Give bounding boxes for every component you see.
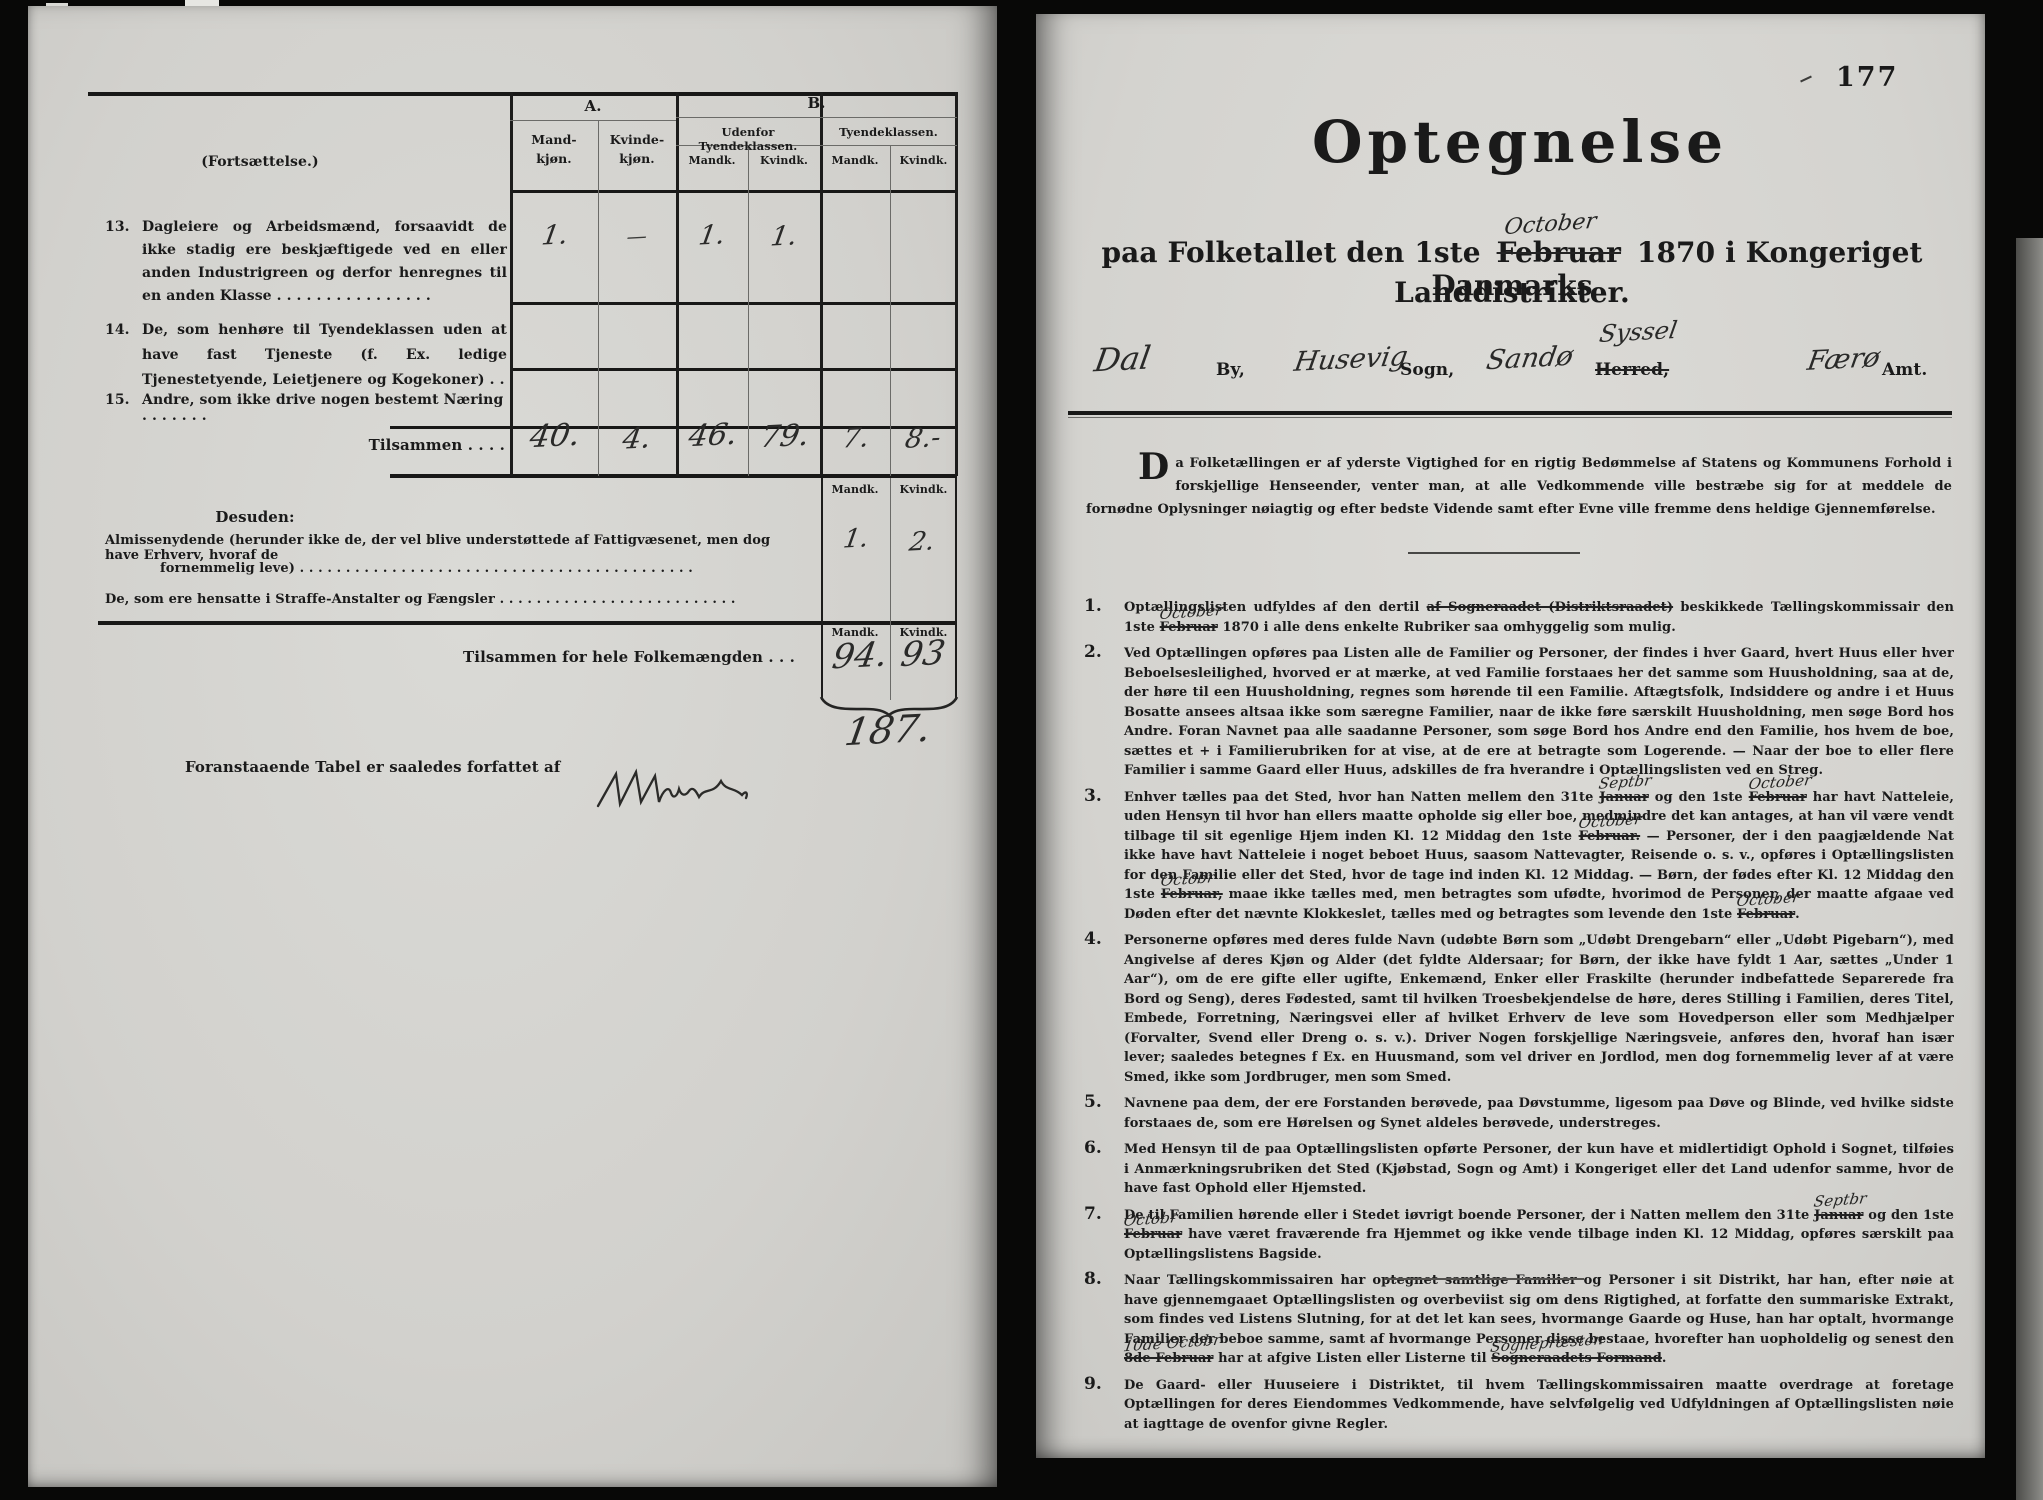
total-value: 8.-	[895, 422, 950, 456]
table-rule-bottom	[390, 474, 957, 478]
almisse-value-kvinde: 2.	[897, 526, 946, 558]
desuden-label: Desuden:	[150, 508, 360, 526]
sub-kvindk-header: Kvindk.	[750, 154, 818, 167]
item-number: 5.	[1084, 1093, 1102, 1113]
section-divider-rule	[1408, 552, 1580, 554]
row-label: De, som henhøre til Tyendeklassen uden a…	[142, 318, 507, 393]
instruction-item: 1. Optællingslisten udfyldes af den dert…	[1124, 598, 1954, 637]
instruction-item: 7. De til Familien hørende eller i Stede…	[1124, 1206, 1954, 1265]
table-vline-right	[955, 92, 958, 476]
almisse-line2: fornemmelig leve) . . . . . . . . . . . …	[160, 561, 805, 576]
row-label: Andre, som ikke drive nogen bestemt Næri…	[142, 392, 507, 424]
table-vline-mand-kvinde	[598, 120, 599, 476]
title-rule-heavy	[1068, 411, 1952, 415]
location-by-label: By,	[1216, 360, 1245, 380]
item-number: 2.	[1084, 643, 1102, 663]
item-text: Med Hensyn til de paa Optællingslisten o…	[1124, 1142, 1954, 1196]
item-text: De Gaard- eller Huuseiere i Distriktet, …	[1124, 1378, 1954, 1432]
subtitle-pre: paa Folketallet den 1ste	[1101, 236, 1480, 269]
table-footer-line: Foranstaaende Tabel er saaledes forfatte…	[185, 758, 605, 776]
col-kvinde-line2: kjøn.	[619, 151, 654, 166]
header-b-underline	[676, 117, 957, 118]
total-value: 79.	[757, 418, 813, 456]
document-subtitle-line2: Landdistrikter.	[1062, 276, 1962, 309]
subtitle-date-correction: Februar October	[1497, 236, 1621, 269]
total-value: 4.	[615, 420, 659, 456]
col-tyende-header: Tyendeklassen.	[822, 125, 955, 139]
item-number: 6.	[1084, 1139, 1102, 1159]
bottom-divider-rule	[1384, 1278, 1584, 1280]
page-stack-edge	[2016, 238, 2043, 1500]
table-row: 13. Dagleiere og Arbeidsmænd, forsaavidt…	[105, 216, 507, 308]
sub-mandk-header: Mandk.	[822, 154, 888, 167]
total-value: 46.	[685, 417, 741, 455]
location-by-value: Dal	[1092, 339, 1154, 380]
col-udenfor-header: Udenfor Tyendeklassen.	[678, 125, 818, 153]
grand-total-mand: 94.	[829, 635, 892, 678]
item-number: 7.	[1084, 1205, 1102, 1225]
sub-mandk-header: Mandk.	[822, 483, 888, 496]
summary-vline-mid	[890, 478, 891, 700]
item-text: De til Familien hørende eller i Stedet i…	[1124, 1208, 1954, 1262]
instruction-item: 6. Med Hensyn til de paa Optællingsliste…	[1124, 1140, 1954, 1199]
location-amt-label: Amt.	[1882, 360, 1927, 380]
item-text: Enhver tælles paa det Sted, hvor han Nat…	[1124, 790, 1954, 922]
col-mand-header: Mand- kjøn.	[512, 130, 596, 168]
sub-kvindk-header: Kvindk.	[892, 154, 955, 167]
table-vline-tyende-sub	[890, 145, 891, 476]
total-value: 40.	[523, 417, 587, 456]
instruction-item: 8. Naar Tællingskommissairen har optegne…	[1124, 1271, 1954, 1369]
sub-mandk-header: Mandk.	[678, 154, 746, 167]
scanned-census-document: (Fortsættelse.) A. B. Mand- kjøn. Kvinde…	[0, 0, 2043, 1500]
total-row-label: Tilsammen . . . .	[300, 436, 505, 454]
straffe-line: De, som ere hensatte i Straffe-Anstalter…	[105, 592, 805, 607]
cell-value: —	[612, 223, 662, 249]
cell-value: 1.	[766, 220, 801, 253]
item-number: 4.	[1084, 930, 1102, 950]
grand-total-kvinde: 93	[895, 633, 952, 676]
item-number: 8.	[1084, 1270, 1102, 1290]
item-text: Ved Optællingen opføres paa Listen alle …	[1124, 646, 1954, 778]
almisse-line1: Almissenydende (herunder ikke de, der ve…	[105, 533, 805, 563]
intro-paragraph: Da Folketællingen er af yderste Vigtighe…	[1086, 452, 1952, 521]
summary-vline-left	[821, 478, 823, 700]
item-number: 1.	[1084, 597, 1102, 617]
summary-vline-right	[955, 478, 957, 700]
cell-value: 1.	[694, 219, 729, 252]
document-title: Optegnelse	[1080, 108, 1960, 176]
item-text: Personerne opføres med deres fulde Navn …	[1124, 933, 1954, 1085]
location-herred-handwritten: Syssel	[1597, 316, 1679, 348]
item-number: 3.	[1084, 787, 1102, 807]
col-kvinde-line1: Kvinde-	[610, 132, 665, 147]
instruction-item: 3. Enhver tælles paa det Sted, hvor han …	[1124, 788, 1954, 925]
item-number: 9.	[1084, 1375, 1102, 1395]
header-tyende-underline	[820, 145, 957, 146]
signature-scrawl	[592, 766, 752, 814]
location-sogn-value: Husevig	[1292, 341, 1410, 378]
row-number: 14.	[105, 318, 130, 343]
almisse-value-mand: 1.	[835, 523, 876, 555]
table-continuation-label: (Fortsættelse.)	[150, 154, 370, 170]
grand-total-sum: 187.	[822, 705, 954, 755]
location-amt-value: Færø	[1805, 342, 1882, 377]
header-a-underline	[510, 120, 676, 121]
cell-value: 1.	[537, 219, 572, 252]
col-kvinde-header: Kvinde- kjøn.	[598, 130, 676, 168]
table-row: 14. De, som henhøre til Tyendeklassen ud…	[105, 318, 507, 393]
sub-kvindk-header: Kvindk.	[892, 483, 955, 496]
table-vline-udenfor-sub	[748, 145, 749, 476]
instruction-item: 5. Navnene paa dem, der ere Forstanden b…	[1124, 1094, 1954, 1133]
col-mand-line1: Mand-	[531, 132, 576, 147]
col-mand-line2: kjøn.	[536, 151, 571, 166]
location-herred-value: Sandø	[1484, 341, 1575, 376]
row-number: 15.	[105, 392, 130, 408]
row-label: Dagleiere og Arbeidsmænd, forsaavidt de …	[142, 216, 507, 308]
summary-rule-long	[98, 621, 957, 625]
instruction-item: 9. De Gaard- eller Huuseiere i Distrikte…	[1124, 1376, 1954, 1435]
page-number: 177	[1836, 62, 1898, 93]
instructions-list: 1. Optællingslisten udfyldes af den dert…	[1124, 598, 1954, 1441]
subtitle-struck-month: Februar	[1497, 236, 1621, 269]
total-value: 7.	[835, 422, 876, 455]
table-group-a-label: A.	[510, 97, 676, 115]
location-herred-label-struck: Herred,	[1595, 360, 1669, 380]
item-text: Optællingslisten udfyldes af den dertil …	[1124, 600, 1954, 635]
item-text: Navnene paa dem, der ere Forstanden berø…	[1124, 1096, 1954, 1131]
row-number: 13.	[105, 216, 130, 239]
location-sogn-label: Sogn,	[1400, 360, 1454, 380]
title-rule-thin	[1068, 417, 1952, 418]
item-text: Naar Tællingskommissairen har optegnet s…	[1124, 1273, 1954, 1366]
instruction-item: 2. Ved Optællingen opføres paa Listen al…	[1124, 644, 1954, 781]
table-group-b-label: B.	[676, 94, 957, 112]
table-row: 15. Andre, som ikke drive nogen bestemt …	[105, 392, 507, 424]
instruction-item: 4. Personerne opføres med deres fulde Na…	[1124, 931, 1954, 1087]
table-vline-tyende	[820, 92, 823, 476]
grand-total-label: Tilsammen for hele Folkemængden . . .	[420, 648, 795, 666]
